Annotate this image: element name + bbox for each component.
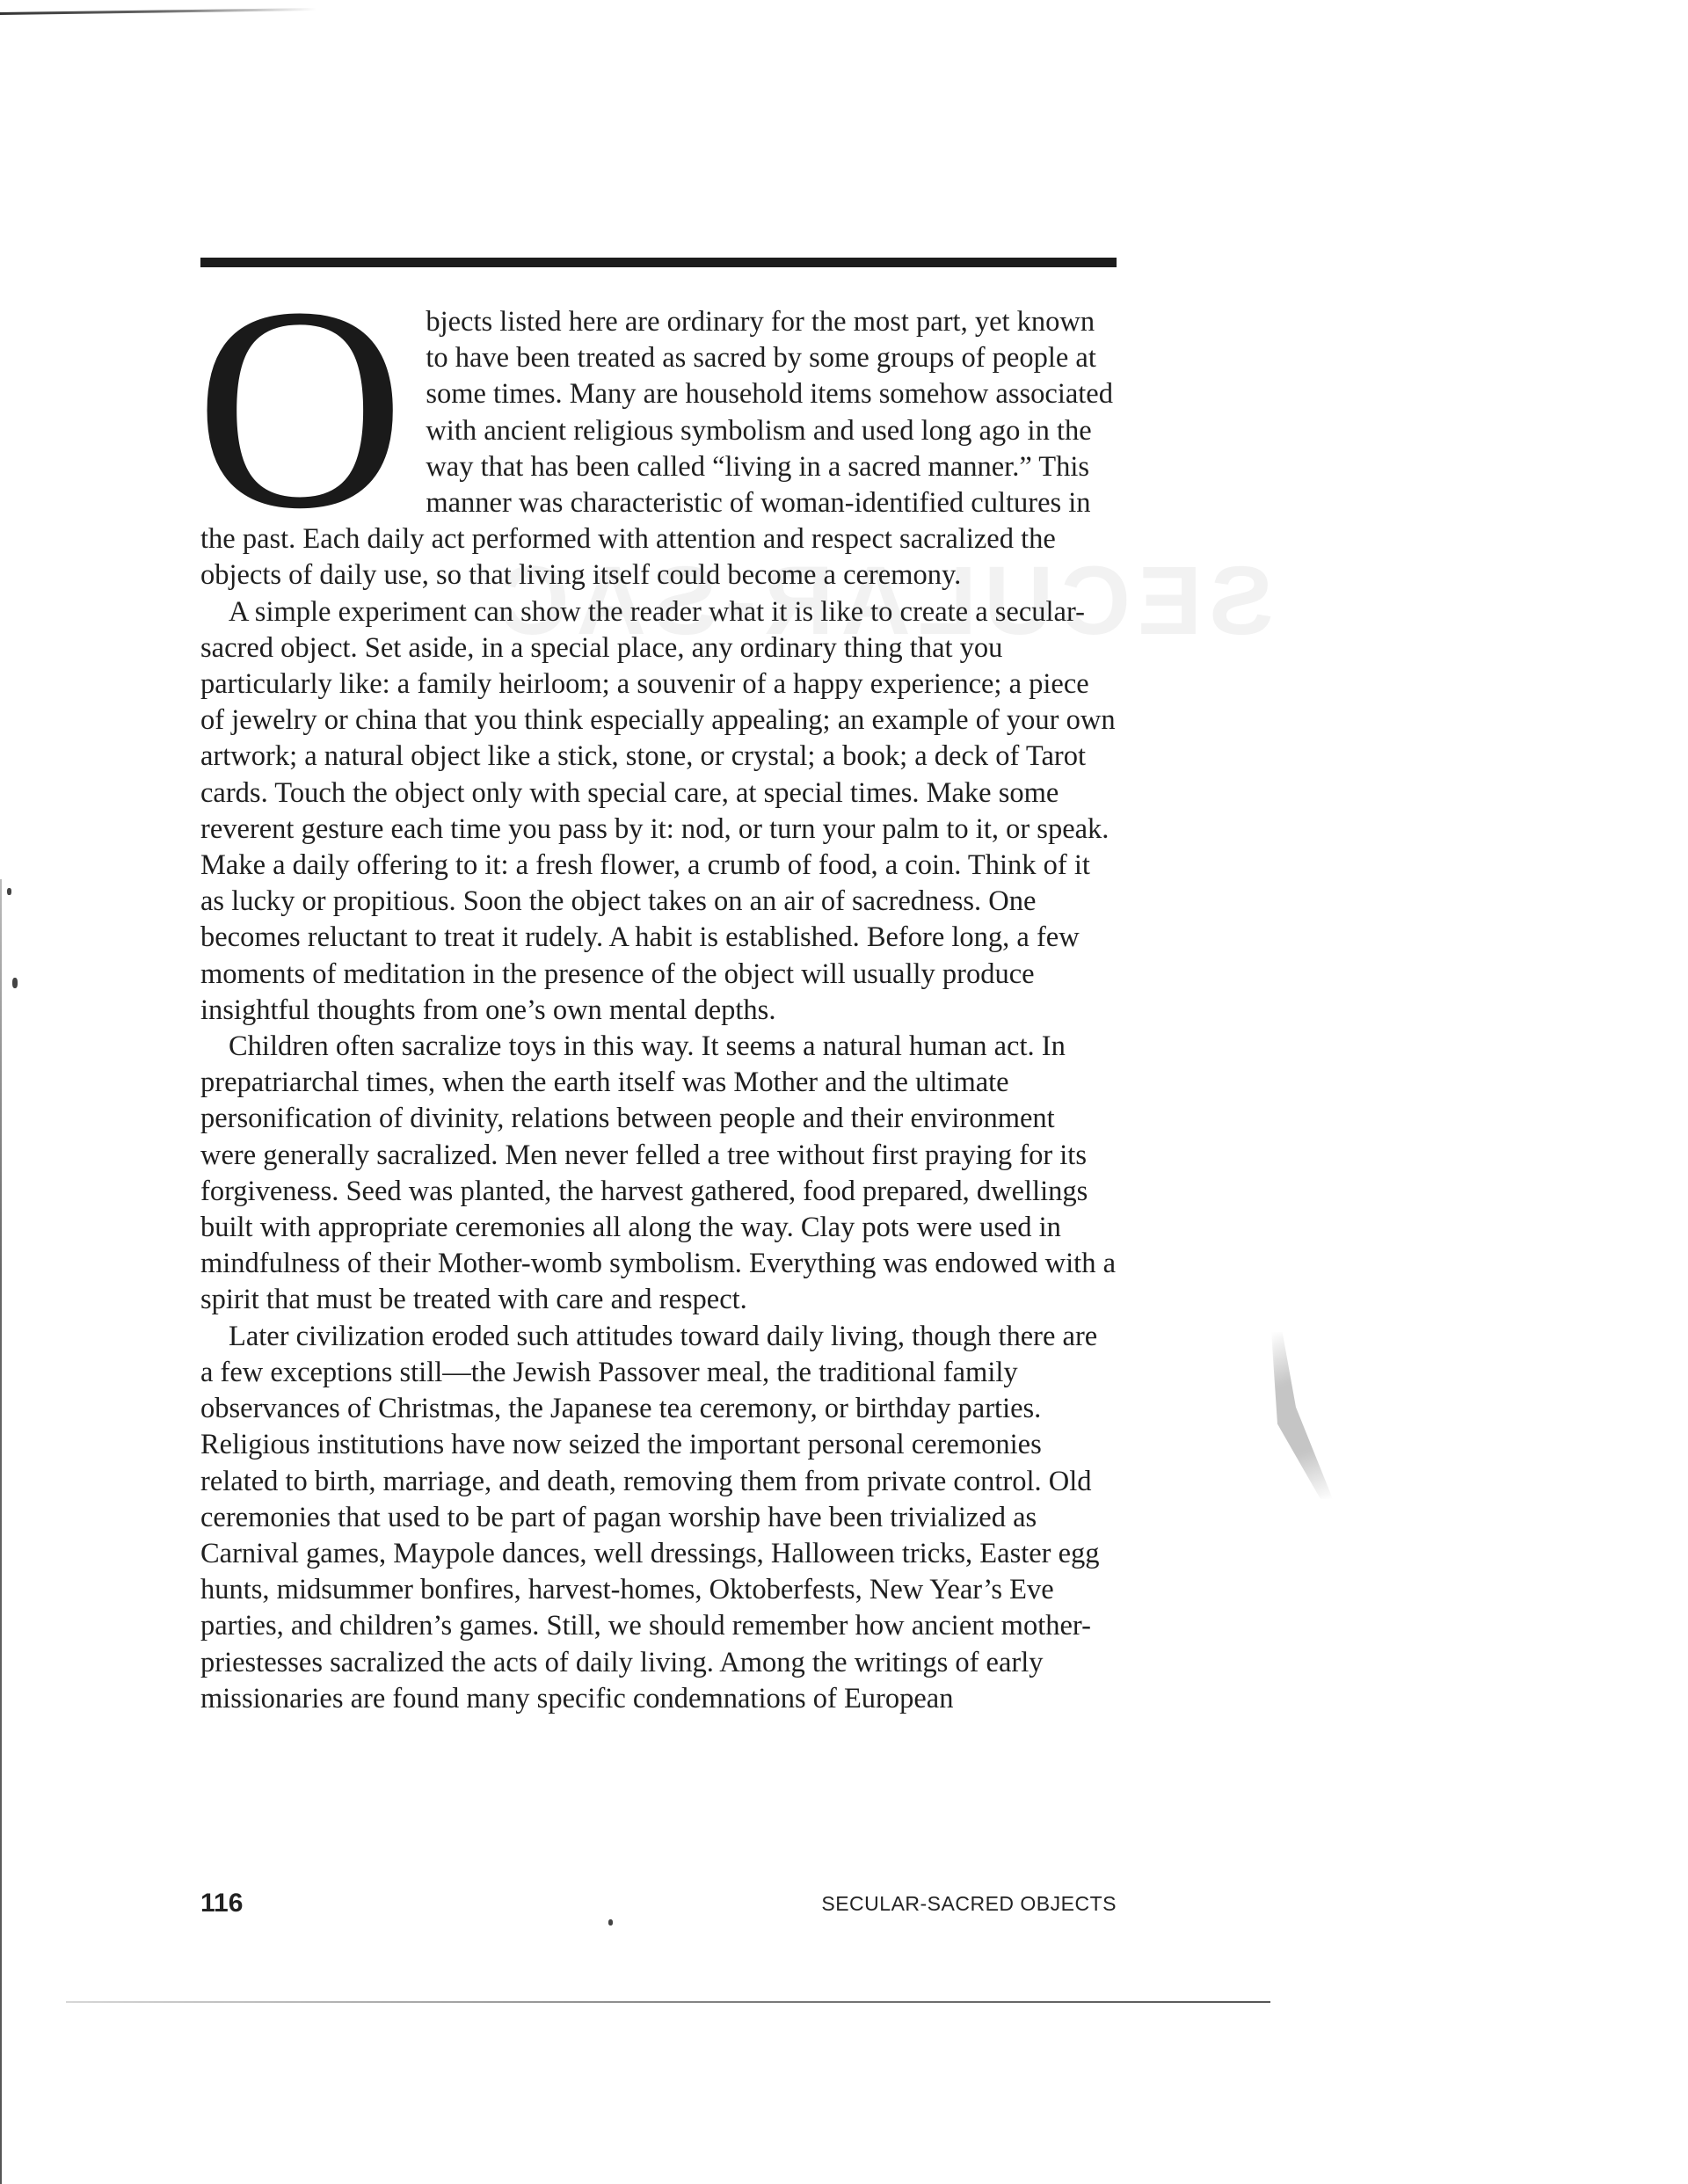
drop-cap: O xyxy=(195,299,404,519)
scan-speck xyxy=(7,888,11,895)
scan-edge-left xyxy=(0,879,2,2184)
page-footer: 116 SECULAR-SACRED OBJECTS xyxy=(200,1889,1117,1924)
scan-edge-top xyxy=(0,8,316,15)
scan-smudge xyxy=(1271,1332,1333,1499)
page-number: 116 xyxy=(200,1889,243,1918)
running-head: SECULAR-SACRED OBJECTS xyxy=(821,1892,1117,1916)
scan-edge-bottom xyxy=(66,2001,1270,2003)
page-content: O bjects listed here are ordinary for th… xyxy=(200,258,1117,1717)
body-text: O bjects listed here are ordinary for th… xyxy=(200,304,1117,1717)
paragraph-4: Later civilization eroded such attitudes… xyxy=(200,1319,1117,1717)
scan-speck xyxy=(12,978,18,988)
paragraph-3: Children often sacralize toys in this wa… xyxy=(200,1029,1117,1319)
paragraph-2: A simple experiment can show the reader … xyxy=(200,594,1117,1029)
